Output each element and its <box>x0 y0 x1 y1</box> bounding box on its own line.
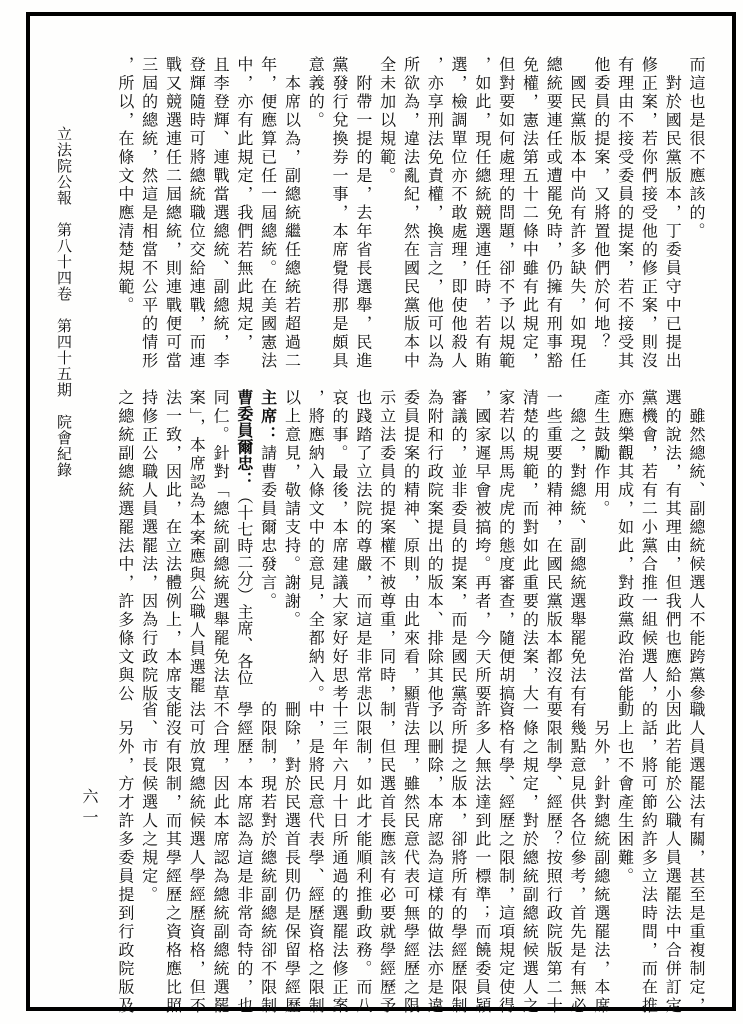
text-column: 總統要連任或遭罷免時，仍擁有刑事豁 <box>540 56 564 382</box>
text-column: 案」，本席認為本案應與公職人員選罷 <box>183 389 207 715</box>
text-column: 能沒有限制，而其學經歷之資格應比照 <box>160 701 184 1024</box>
text-column: 附帶一提的是，去年省長選舉，民進 <box>350 56 374 382</box>
text-column: 意義的。 <box>302 56 326 382</box>
text-column: 奇所提之版本，卻將所有的學經歷限制 <box>445 701 469 1024</box>
text-column: 有理由不接受委員的提案，若不接受其 <box>612 56 636 382</box>
text-column: 同仁。針對「總統副總統選舉罷免法草 <box>207 389 231 715</box>
text-column: 要限制學、經歷？按照行政院版第二十 <box>540 701 564 1024</box>
scanned-gazette-page: 立法院公報 第八十四卷 第四十五期 院會紀錄 六一 而這也是很不應該的。 對於國… <box>0 0 743 1024</box>
text-column: 總之，對總統、副總統選舉罷免法有 <box>564 389 588 715</box>
text-column: 法可放寬總統候選人學經歷資格，但不 <box>183 701 207 1024</box>
text-column: 主席：請曹委員爾忠發言。 <box>255 389 279 715</box>
speaker-name: 主席： <box>259 389 276 445</box>
text-column: 中，亦有此規定，我們若無此規定， <box>231 56 255 382</box>
text-column: 另外，針對總統副總統選罷法，本席 <box>588 701 612 1024</box>
speaker-name: 曹委員爾忠： <box>235 389 252 488</box>
text-column: 為附和行政院案提出的版本、排除其他 <box>421 389 445 715</box>
text-column: 的限制，現若對於總統副總統卻不限制 <box>255 701 279 1024</box>
text-column: 十三年六月十日所通過的選罷法修正案 <box>326 701 350 1024</box>
text-column: 有幾點意見供各位參考，首先是有無必 <box>564 701 588 1024</box>
text-column: ，所以，在條文中應清楚規範。 <box>112 56 136 382</box>
text-column: 之總統副總統選罷法中，許多條文與公 <box>112 389 136 715</box>
text-column: 另外，方才許多委員提到行政院版及 <box>112 701 136 1024</box>
text-column: 雖然總統、副總統候選人不能跨黨參 <box>683 389 707 715</box>
text-column: 不合理，因此本席認為總統副總統選罷 <box>207 701 231 1024</box>
text-column: 全未加以規範。 <box>374 56 398 382</box>
text-column: 制，但民選首長應該有必要就學經歷予 <box>374 701 398 1024</box>
text-column: ，亦享刑法免責權，換言之，他可以為 <box>421 56 445 382</box>
text-column: 曹委員爾忠：（十七時二分）主席、各位 <box>231 389 255 715</box>
text-column: 修正案，若你們接受他的修正案，則沒 <box>636 56 660 382</box>
text-column: 因此若能於公職人員選罷法中合併訂定 <box>659 701 683 1024</box>
text-column: ，如此，現任總統競選連任時，若有賄 <box>469 56 493 382</box>
text-column: 年，便應算已任一屆總統。在美國憲法 <box>255 56 279 382</box>
text-column: 中，是將民意代表學、經歷資格之限制 <box>302 701 326 1024</box>
text-column: 所欲為，違法亂紀，然在國民黨版本中 <box>398 56 422 382</box>
text-column: 他委員的提案，又將置他們於何地？ <box>588 56 612 382</box>
text-column: 職人員選罷法有關，甚至是重複制定， <box>683 701 707 1024</box>
text-column: 登輝隨時可將總統職位交給連戰，而連 <box>183 56 207 382</box>
text-column: 學經歷，本席認為這是非常奇特的，也 <box>231 701 255 1024</box>
text-column: 國民黨版本中尚有許多缺失，如現任 <box>564 56 588 382</box>
text-column: 哀的事。最後，本席建議大家好好思考 <box>326 389 350 715</box>
text-column: 免權，憲法第五十二條中雖有此規定， <box>517 56 541 382</box>
text-column: 法一致，因此，在立法體例上，本席支 <box>160 389 184 715</box>
text-column: 許多人無法達到此一標準；而饒委員穎 <box>469 701 493 1024</box>
text-column: 對於國民黨版本，丁委員守中已提出 <box>659 56 683 382</box>
text-column: 以上意見，敬請支持。謝謝。 <box>279 389 303 715</box>
text-column: 家若以馬馬虎虎的態度審查，隨便胡搞 <box>493 389 517 715</box>
text-column: 持修正公職人員選罷法，因為行政院版 <box>136 389 160 715</box>
text-column: 也踐踏了立法院的尊嚴，而這是非常悲 <box>350 389 374 715</box>
page-number: 六一 <box>78 788 98 848</box>
text-column: 刪除，對於民選首長則仍是保留學經歷 <box>279 701 303 1024</box>
text-column: 示立法委員的提案權不被尊重，同時， <box>374 389 398 715</box>
text-column: 委員提案的精神、原則，由此來看，顯 <box>398 389 422 715</box>
text-column: 黨機會，若有二小黨合推一組候選人， <box>636 389 660 715</box>
text-column: 予以刪除，本席認為這樣的做法亦是違 <box>421 701 445 1024</box>
text-column: 省、市長候選人之規定。 <box>136 701 160 1024</box>
text-column: 黨發行兌換券一事，本席覺得那是頗具 <box>326 56 350 382</box>
text-column: 亦應樂觀其成，如此，對政黨政治當能 <box>612 389 636 715</box>
text-column: 但對要如何處理的問題，卻不予以規範 <box>493 56 517 382</box>
text-column: 本席以為，副總統繼任總統若超過二 <box>279 56 303 382</box>
text-column: 且李登輝、連戰當選總統、副總統，李 <box>207 56 231 382</box>
text-column: ，國家遲早會被搞垮。再者，今天所要 <box>469 389 493 715</box>
text-band-top: 而這也是很不應該的。 對於國民黨版本，丁委員守中已提出修正案，若你們接受他的修正… <box>109 56 707 382</box>
text-column: 戰又競選連任二屆總統，則連戰便可當 <box>160 56 184 382</box>
journal-title: 立法院公報 第八十四卷 第四十五期 院會紀錄 <box>52 126 74 486</box>
text-band-middle: 雖然總統、副總統候選人不能跨黨參選的說法，有其理由，但我們也應給小黨機會，若有二… <box>109 389 707 715</box>
text-column: 一條之規定，對於總統副總統候選人之 <box>517 701 541 1024</box>
text-band-bottom: 職人員選罷法有關，甚至是重複制定，因此若能於公職人員選罷法中合併訂定的話，將可節… <box>109 701 707 1024</box>
text-column: 的話，將可節約許多立法時間，而在推 <box>636 701 660 1024</box>
text-column: 審議的，並非委員的提案，而是國民黨 <box>445 389 469 715</box>
text-column: 選，檢調單位亦不敢處理，即使他殺人 <box>445 56 469 382</box>
text-column: 一些重要的精神，在國民黨版本都沒有 <box>540 389 564 715</box>
text-column: 清楚的規範，而對如此重要的法案，大 <box>517 389 541 715</box>
text-column: 三屆的總統，然這是相當不公平的情形 <box>136 56 160 382</box>
text-column: 產生鼓勵作用。 <box>588 389 612 715</box>
text-column: 選的說法，有其理由，但我們也應給小 <box>659 389 683 715</box>
text-column: 資格有學、經歷之限制，這項規定使得 <box>493 701 517 1024</box>
text-column: 而這也是很不應該的。 <box>683 56 707 382</box>
text-column: 背法理，雖然民意代表可無學經歷之限 <box>398 701 422 1024</box>
text-column: 動上也不會產生困難。 <box>612 701 636 1024</box>
text-column: 以限制，如此才能順利推動政務。而八 <box>350 701 374 1024</box>
text-column: ，將應納入條文中的意見，全都納入。 <box>302 389 326 715</box>
